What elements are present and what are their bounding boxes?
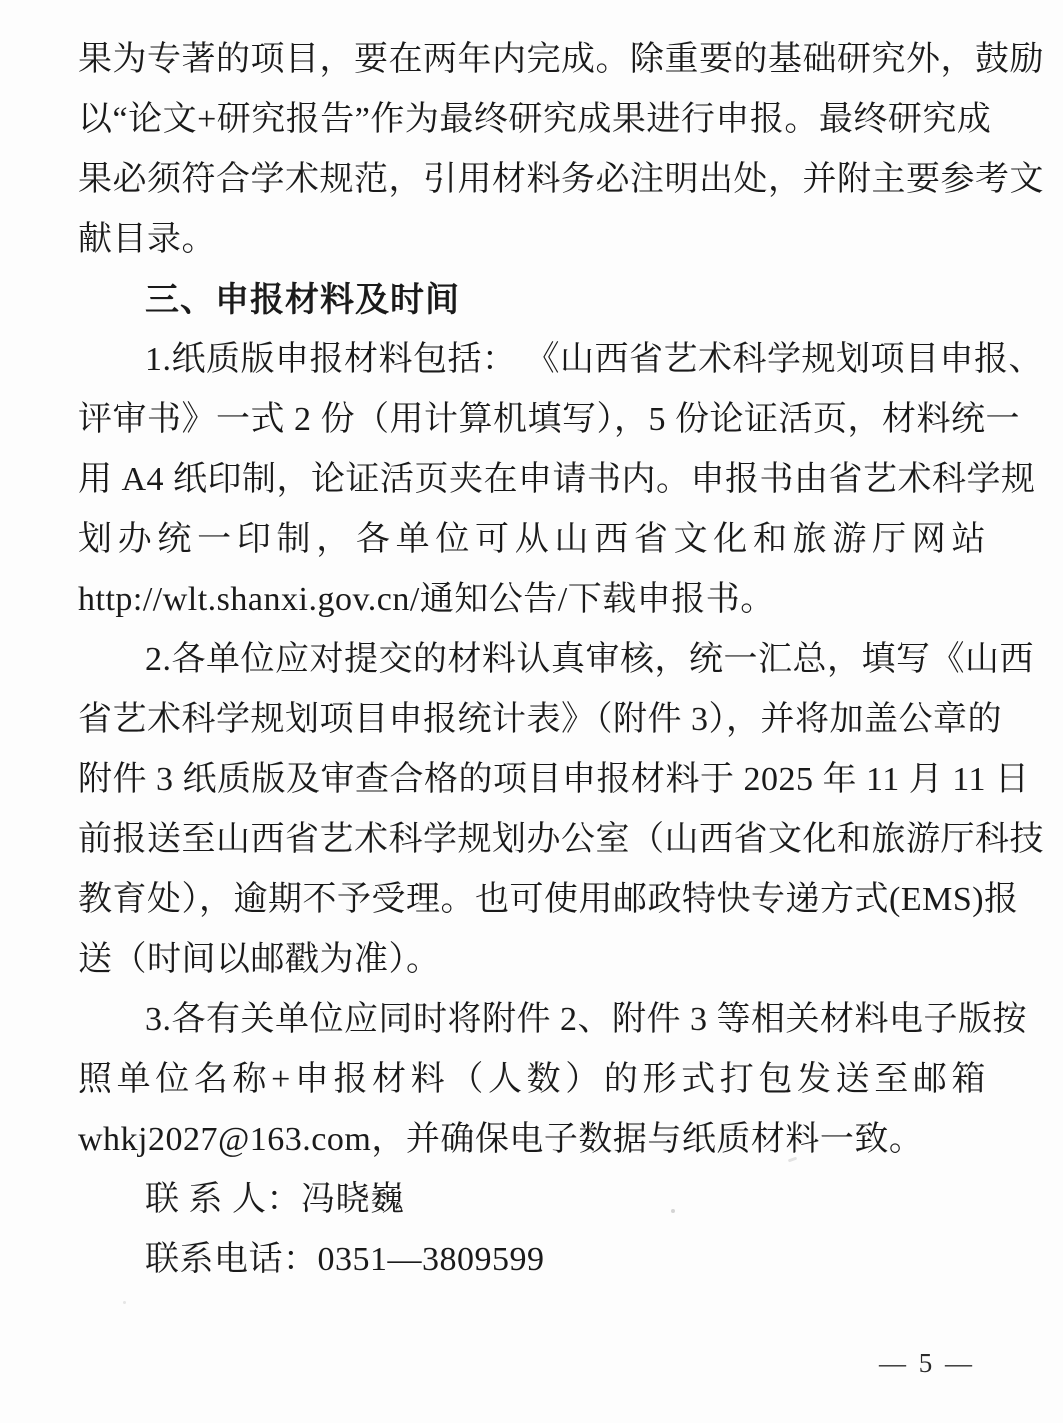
paragraph-line: 献目录。	[78, 210, 986, 270]
paragraph-line: 照单位名称+申报材料（人数）的形式打包发送至邮箱	[78, 1050, 986, 1110]
paragraph-line: 3.各有关单位应同时将附件 2、附件 3 等相关材料电子版按	[78, 990, 986, 1050]
email-line: whkj2027@163.com，并确保电子数据与纸质材料一致。	[78, 1110, 986, 1170]
paragraph-line: 果必须符合学术规范，引用材料务必注明出处，并附主要参考文	[78, 150, 986, 210]
download-url-line: http://wlt.shanxi.gov.cn/通知公告/下载申报书。	[78, 570, 986, 630]
scan-artifact	[123, 1301, 126, 1304]
document-page: 果为专著的项目，要在两年内完成。除重要的基础研究外，鼓励 以“论文+研究报告”作…	[0, 0, 1063, 1423]
paragraph-line: 1.纸质版申报材料包括： 《山西省艺术科学规划项目申报、	[78, 330, 986, 390]
paragraph-line: 以“论文+研究报告”作为最终研究成果进行申报。最终研究成	[78, 90, 986, 150]
paragraph-line: 划办统一印制，各单位可从山西省文化和旅游厅网站	[78, 510, 986, 570]
paragraph-line: 果为专著的项目，要在两年内完成。除重要的基础研究外，鼓励	[78, 30, 986, 90]
paragraph-line: 教育处），逾期不予受理。也可使用邮政特快专递方式(EMS)报	[78, 870, 986, 930]
paragraph-line: 评审书》一式 2 份（用计算机填写），5 份论证活页，材料统一	[78, 390, 986, 450]
paragraph-line: 送（时间以邮戳为准）。	[78, 930, 986, 990]
deadline-line: 附件 3 纸质版及审查合格的项目申报材料于 2025 年 11 月 11 日	[78, 750, 986, 810]
contact-person-line: 联 系 人：冯晓巍	[78, 1170, 986, 1230]
document-body: 果为专著的项目，要在两年内完成。除重要的基础研究外，鼓励 以“论文+研究报告”作…	[78, 30, 986, 1290]
paragraph-line: 省艺术科学规划项目申报统计表》（附件 3），并将加盖公章的	[78, 690, 986, 750]
scan-artifact	[671, 1209, 675, 1213]
contact-phone-line: 联系电话：0351—3809599	[78, 1230, 986, 1290]
paragraph-line: 2.各单位应对提交的材料认真审核，统一汇总，填写《山西	[78, 630, 986, 690]
section-heading: 三、申报材料及时间	[78, 270, 986, 330]
paragraph-line: 用 A4 纸印制，论证活页夹在申请书内。申报书由省艺术科学规	[78, 450, 986, 510]
paragraph-line: 前报送至山西省艺术科学规划办公室（山西省文化和旅游厅科技	[78, 810, 986, 870]
page-number: — 5 —	[879, 1348, 975, 1379]
